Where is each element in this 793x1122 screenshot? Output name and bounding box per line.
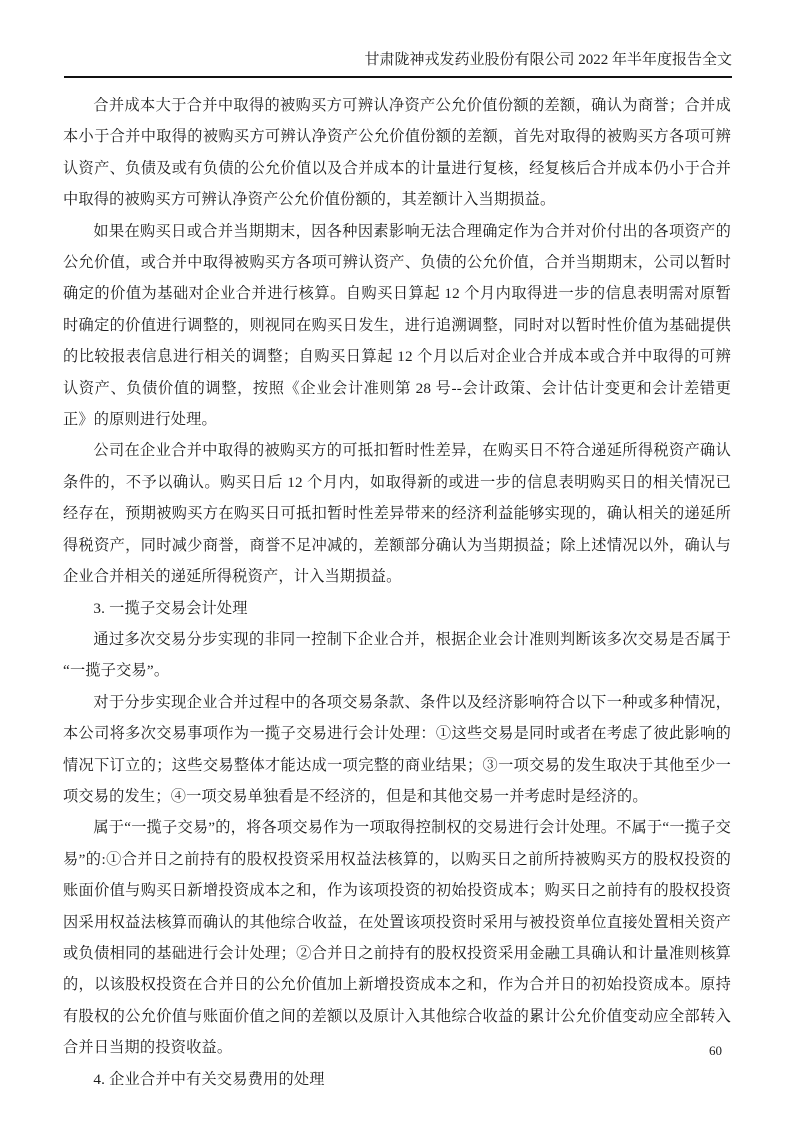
page-number: 60 (709, 1043, 722, 1058)
document-body: 合并成本大于合并中取得的被购买方可辨认净资产公允价值份额的差额，确认为商誉；合并… (63, 90, 731, 1095)
paragraph-step-acquisition-judgement: 通过多次交易分步实现的非同一控制下企业合并，根据企业会计准则判断该多次交易是否属… (63, 624, 731, 687)
paragraph-goodwill-recognition: 合并成本大于合并中取得的被购买方可辨认净资产公允价值份额的差额，确认为商誉；合并… (63, 90, 731, 216)
paragraph-provisional-value-accounting: 如果在购买日或合并当期期末，因各种因素影响无法合理确定作为合并对价付出的各项资产… (63, 216, 731, 436)
page-number-value: 60 (709, 1043, 722, 1058)
paragraph-package-deal-treatment: 属于“一揽子交易”的，将各项交易作为一项取得控制权的交易进行会计处理。不属于“一… (63, 812, 731, 1063)
paragraph-deductible-temporary-differences: 公司在企业合并中取得的被购买方的可抵扣暂时性差异，在购买日不符合递延所得税资产确… (63, 435, 731, 592)
section-heading-package-deal-accounting: 3. 一揽子交易会计处理 (63, 593, 731, 624)
paragraph-package-deal-conditions: 对于分步实现企业合并过程中的各项交易条款、条件以及经济影响符合以下一种或多种情况… (63, 687, 731, 813)
report-page: 甘肃陇神戎发药业股份有限公司 2022 年半年度报告全文 合并成本大于合并中取得… (0, 0, 793, 1122)
section-heading-transaction-fees: 4. 企业合并中有关交易费用的处理 (63, 1064, 731, 1095)
page-header: 甘肃陇神戎发药业股份有限公司 2022 年半年度报告全文 (64, 50, 732, 78)
report-header-title: 甘肃陇神戎发药业股份有限公司 2022 年半年度报告全文 (364, 52, 732, 68)
